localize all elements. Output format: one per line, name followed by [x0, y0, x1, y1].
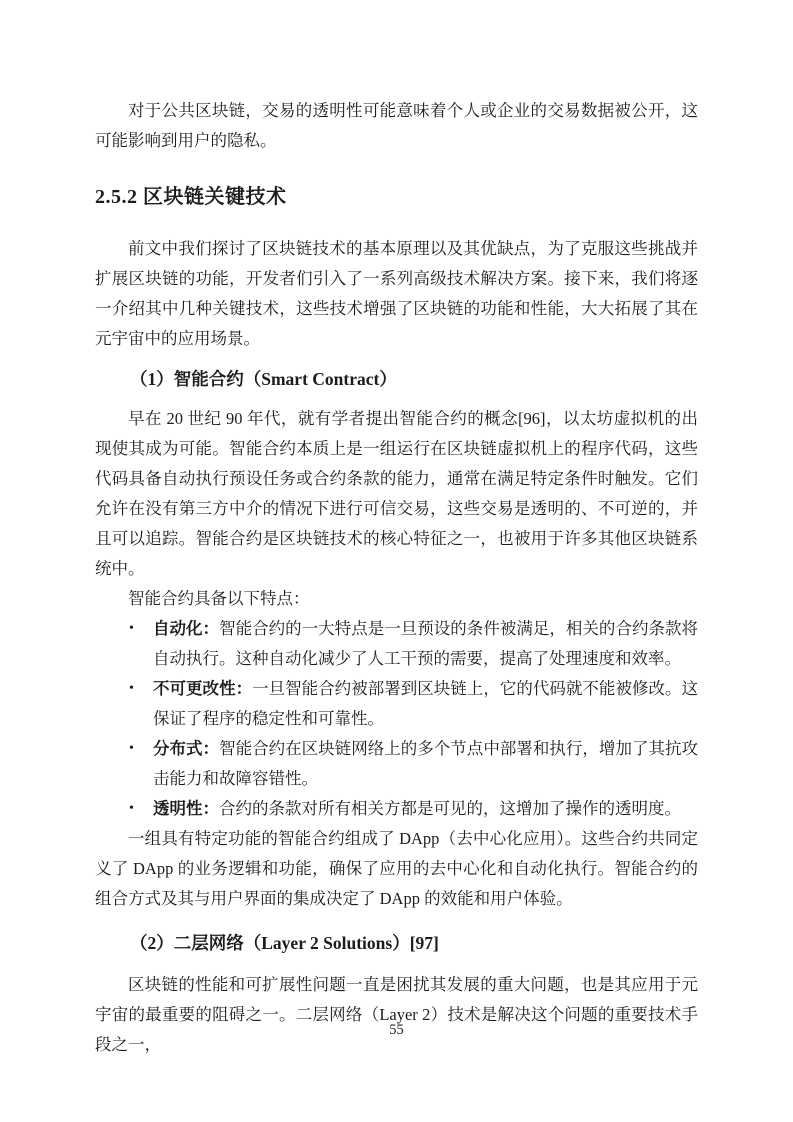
paragraph-layer2: 区块链的性能和可扩展性问题一直是困扰其发展的重大问题，也是其应用于元宇宙的最重要… [95, 970, 698, 1060]
subsection-heading-smart-contract: （1）智能合约（Smart Contract） [95, 364, 698, 394]
document-page: 对于公共区块链，交易的透明性可能意味着个人或企业的交易数据被公开，这可能影响到用… [0, 0, 793, 1122]
list-item-automation: •自动化：智能合约的一大特点是一旦预设的条件被满足，相关的合约条款将自动执行。这… [127, 614, 698, 674]
feature-term: 透明性： [153, 799, 219, 818]
bullet-icon: • [129, 674, 134, 704]
paragraph-overview: 前文中我们探讨了区块链技术的基本原理以及其优缺点，为了克服这些挑战并扩展区块链的… [95, 234, 698, 354]
feature-text: 合约的条款对所有相关方都是可见的，这增加了操作的透明度。 [219, 799, 681, 818]
list-item-distributed: •分布式：智能合约在区块链网络上的多个节点中部署和执行，增加了其抗攻击能力和故障… [127, 734, 698, 794]
bullet-icon: • [129, 794, 134, 824]
paragraph-features-lead: 智能合约具备以下特点： [95, 584, 698, 614]
feature-list: •自动化：智能合约的一大特点是一旦预设的条件被满足，相关的合约条款将自动执行。这… [127, 614, 698, 824]
feature-text: 智能合约在区块链网络上的多个节点中部署和执行，增加了其抗攻击能力和故障容错性。 [153, 739, 698, 788]
feature-term: 自动化： [153, 619, 219, 638]
paragraph-privacy: 对于公共区块链，交易的透明性可能意味着个人或企业的交易数据被公开，这可能影响到用… [95, 96, 698, 156]
bullet-icon: • [129, 614, 134, 644]
list-item-immutability: •不可更改性：一旦智能合约被部署到区块链上，它的代码就不能被修改。这保证了程序的… [127, 674, 698, 734]
page-number: 55 [0, 1022, 793, 1039]
paragraph-smart-contract: 早在 20 世纪 90 年代，就有学者提出智能合约的概念[96]，以太坊虚拟机的… [95, 404, 698, 584]
list-item-transparency: •透明性：合约的条款对所有相关方都是可见的，这增加了操作的透明度。 [127, 794, 698, 824]
feature-term: 分布式： [153, 739, 219, 758]
feature-text: 智能合约的一大特点是一旦预设的条件被满足，相关的合约条款将自动执行。这种自动化减… [153, 619, 698, 668]
paragraph-dapp: 一组具有特定功能的智能合约组成了 DApp（去中心化应用）。这些合约共同定义了 … [95, 824, 698, 914]
subsection-heading-layer2: （2）二层网络（Layer 2 Solutions）[97] [95, 928, 698, 958]
feature-term: 不可更改性： [153, 679, 252, 698]
section-heading-blockchain-key-tech: 2.5.2 区块链关键技术 [95, 182, 698, 212]
bullet-icon: • [129, 734, 134, 764]
